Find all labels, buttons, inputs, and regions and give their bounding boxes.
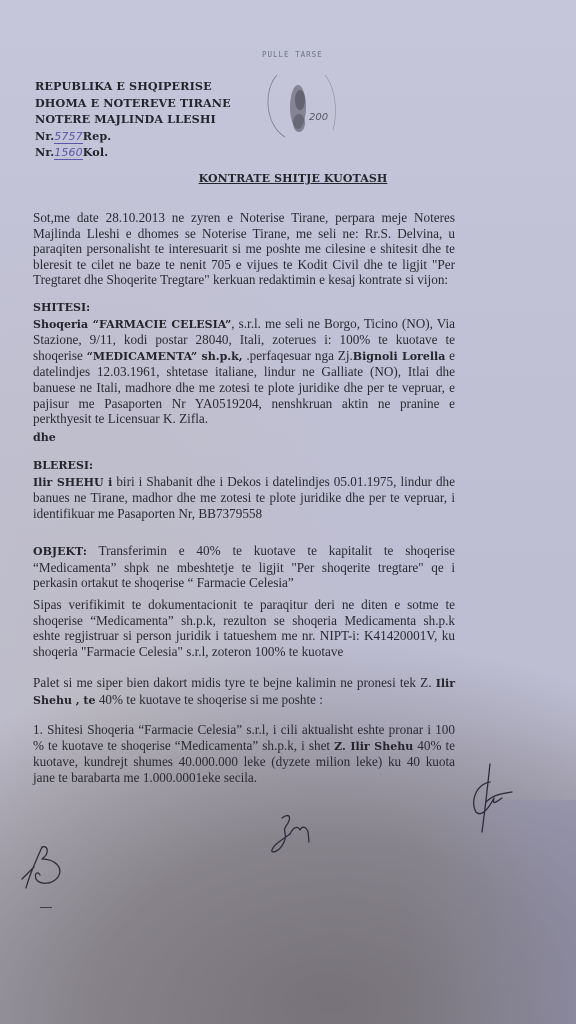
signature-middle-icon [268,812,316,858]
representative-name: Bignoli Lorella [353,350,446,363]
buyer-section: BLERESI: Ilir SHEHU i biri i Shabanit dh… [33,458,455,521]
kol-number: 1560 [54,147,82,160]
rep-number: 5757 [54,131,82,144]
agreement-paragraph: Palet si me siper bien dakort midis tyre… [33,675,455,708]
company-name: “MEDICAMENTA” sh.p.k, [87,350,243,363]
rep-suffix: Rep. [83,129,112,143]
document-title: KONTRATE SHITJE KUOTASH [0,172,576,185]
buyer-heading: BLERESI: [33,458,455,474]
rep-prefix: Nr. [35,129,54,143]
stamp-label: PULLE TARSE [262,50,323,59]
kol-suffix: Kol. [83,145,108,159]
seller-paragraph: Shoqeria “FARMACIE CELESIA”, s.r.l. me s… [33,316,455,427]
buyer-paragraph: Ilir SHEHU i biri i Shabanit dhe i Dekos… [33,474,455,522]
stamp-icon [255,45,350,145]
clause-1-buyer-name: Z. Ilir Shehu [334,740,413,753]
header-line-3: NOTERE MAJLINDA LLESHI [35,111,231,128]
seller-text-2: .perfaqesuar nga Zj. [243,348,353,363]
rep-number-line: Nr.5757Rep. [35,128,231,145]
signature-left-icon [20,843,70,893]
agreement-text-1: Palet si me siper bien dakort midis tyre… [33,675,436,690]
header-line-1: REPUBLIKA E SHQIPERISE [35,78,231,95]
kol-number-line: Nr.1560Kol. [35,144,231,161]
agreement-text-2: 40% te kuotave te shoqerise si me poshte… [96,692,323,707]
seller-section: SHITESI: Shoqeria “FARMACIE CELESIA”, s.… [33,300,455,427]
pen-mark [40,907,52,908]
object-paragraph: OBJEKT: Transferimin e 40% te kuotave te… [33,543,455,591]
and-word: dhe [33,430,455,446]
signature-right-icon [468,762,518,834]
buyer-name: Ilir SHEHU i [33,476,112,489]
object-heading: OBJEKT: [33,545,87,558]
object-text: Transferimin e 40% te kuotave te kapital… [33,543,455,590]
verification-paragraph: Sipas verifikimit te dokumentacionit te … [33,597,455,659]
kol-prefix: Nr. [35,145,54,159]
seller-name: Shoqeria “FARMACIE CELESIA” [33,318,231,331]
stamp-value: 200 [309,112,328,123]
clause-1-paragraph: 1. Shitesi Shoqeria “Farmacie Celesia” s… [33,722,455,785]
header-line-2: DHOMA E NOTEREVE TIRANE [35,95,231,112]
document-header: REPUBLIKA E SHQIPERISE DHOMA E NOTEREVE … [35,78,231,161]
seller-heading: SHITESI: [33,300,455,316]
intro-paragraph: Sot,me date 28.10.2013 ne zyren e Noteri… [33,210,455,288]
